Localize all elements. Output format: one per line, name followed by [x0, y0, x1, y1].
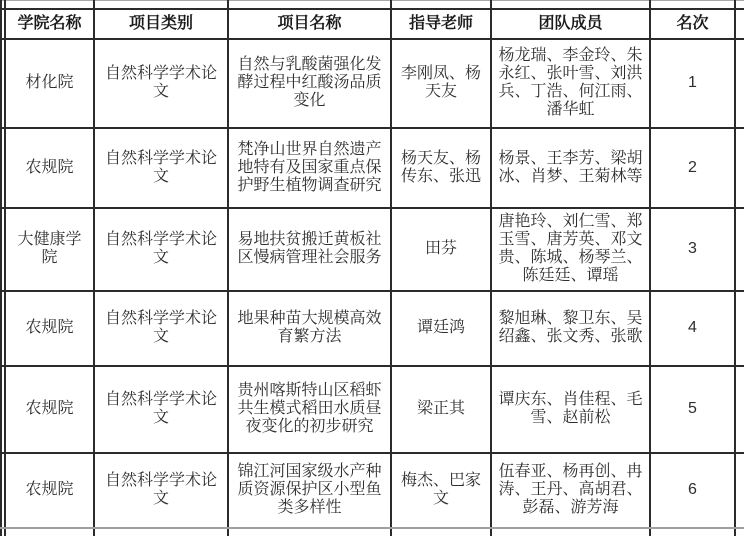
cropped-cell	[735, 528, 744, 536]
cell-members: 伍春亚、杨再创、冉涛、王丹、高胡君、彭磊、游芳海	[491, 453, 650, 528]
cell-category: 自然科学学术论文	[94, 453, 228, 528]
cropped-cell	[5, 1, 94, 9]
cell-advisors: 梅杰、巴家文	[391, 453, 491, 528]
cell-college: 农规院	[5, 366, 94, 453]
cell-category: 自然科学学术论文	[94, 39, 228, 128]
cell-project: 梵净山世界自然遗产地特有及国家重点保护野生植物调查研究	[228, 128, 391, 208]
cell-category: 自然科学学术论文	[94, 291, 228, 366]
header-college: 学院名称	[5, 9, 94, 39]
cell-members: 杨景、王李芳、梁胡冰、肖梦、王菊林等	[491, 128, 650, 208]
table-row: 农规院 自然科学学术论文 锦江河国家级水产种质资源保护区小型鱼类多样性 梅杰、巴…	[1, 453, 744, 528]
cropped-cell	[228, 1, 391, 9]
cropped-cell	[94, 1, 228, 9]
cell-advisors: 梁正其	[391, 366, 491, 453]
cropped-cell	[650, 1, 735, 9]
cropped-cell	[735, 9, 744, 39]
cell-advisors: 李刚凤、杨天友	[391, 39, 491, 128]
cell-college: 农规院	[5, 291, 94, 366]
cell-members: 杨龙瑞、李金玲、朱永红、张叶雪、刘洪兵、丁浩、何江雨、潘华虹	[491, 39, 650, 128]
cell-rank: 6	[650, 453, 735, 528]
cell-project: 自然与乳酸菌强化发酵过程中红酸汤品质变化	[228, 39, 391, 128]
cell-members: 谭庆东、肖佳程、毛雪、赵前松	[491, 366, 650, 453]
table-row: 农规院 自然科学学术论文 梵净山世界自然遗产地特有及国家重点保护野生植物调查研究…	[1, 128, 744, 208]
cropped-cell	[491, 1, 650, 9]
header-project: 项目名称	[228, 9, 391, 39]
cell-rank: 4	[650, 291, 735, 366]
cropped-cell	[391, 1, 491, 9]
cropped-cell	[735, 1, 744, 9]
cropped-cell	[391, 528, 491, 536]
cell-rank: 2	[650, 128, 735, 208]
cell-college: 大健康学院	[5, 208, 94, 291]
cell-members: 唐艳玲、刘仁雪、郑玉雪、唐芳英、邓文贵、陈城、杨琴兰、陈廷廷、谭瑶	[491, 208, 650, 291]
cropped-cell	[735, 208, 744, 291]
table-row: 大健康学院 自然科学学术论文 易地扶贫搬迁黄板社区慢病管理社会服务 田芬 唐艳玲…	[1, 208, 744, 291]
cropped-cell	[735, 366, 744, 453]
cell-project: 贵州喀斯特山区稻虾共生模式稻田水质昼夜变化的初步研究	[228, 366, 391, 453]
cropped-cell	[228, 528, 391, 536]
cell-advisors: 田芬	[391, 208, 491, 291]
header-members: 团队成员	[491, 9, 650, 39]
table-row: 农规院 自然科学学术论文 贵州喀斯特山区稻虾共生模式稻田水质昼夜变化的初步研究 …	[1, 366, 744, 453]
cell-members: 黎旭琳、黎卫东、吴绍鑫、张文秀、张歌	[491, 291, 650, 366]
cropped-cell	[735, 128, 744, 208]
cropped-cell	[491, 528, 650, 536]
table-row: 农规院 自然科学学术论文 地果种苗大规模高效育繁方法 谭廷鸿 黎旭琳、黎卫东、吴…	[1, 291, 744, 366]
header-advisors: 指导老师	[391, 9, 491, 39]
cell-rank: 5	[650, 366, 735, 453]
cell-rank: 3	[650, 208, 735, 291]
cell-project: 易地扶贫搬迁黄板社区慢病管理社会服务	[228, 208, 391, 291]
cropped-cell	[735, 453, 744, 528]
cell-college: 农规院	[5, 453, 94, 528]
cell-advisors: 杨天友、杨传东、张迅	[391, 128, 491, 208]
cell-project: 地果种苗大规模高效育繁方法	[228, 291, 391, 366]
cell-college: 材化院	[5, 39, 94, 128]
cell-advisors: 谭廷鸿	[391, 291, 491, 366]
cell-category: 自然科学学术论文	[94, 366, 228, 453]
table-row: 材化院 自然科学学术论文 自然与乳酸菌强化发酵过程中红酸汤品质变化 李刚凤、杨天…	[1, 39, 744, 128]
cropped-row-top	[1, 1, 744, 9]
cell-college: 农规院	[5, 128, 94, 208]
results-table: 学院名称 项目类别 项目名称 指导老师 团队成员 名次 材化院 自然科学学术论文…	[0, 0, 744, 536]
cropped-cell	[5, 528, 94, 536]
header-category: 项目类别	[94, 9, 228, 39]
cropped-cell	[94, 528, 228, 536]
header-row: 学院名称 项目类别 项目名称 指导老师 团队成员 名次	[1, 9, 744, 39]
cropped-row-bottom	[1, 528, 744, 536]
cell-project: 锦江河国家级水产种质资源保护区小型鱼类多样性	[228, 453, 391, 528]
cell-category: 自然科学学术论文	[94, 208, 228, 291]
cropped-cell	[735, 39, 744, 128]
header-rank: 名次	[650, 9, 735, 39]
cropped-cell	[650, 528, 735, 536]
cropped-cell	[735, 291, 744, 366]
cell-category: 自然科学学术论文	[94, 128, 228, 208]
page: 学院名称 项目类别 项目名称 指导老师 团队成员 名次 材化院 自然科学学术论文…	[0, 0, 744, 536]
cell-rank: 1	[650, 39, 735, 128]
